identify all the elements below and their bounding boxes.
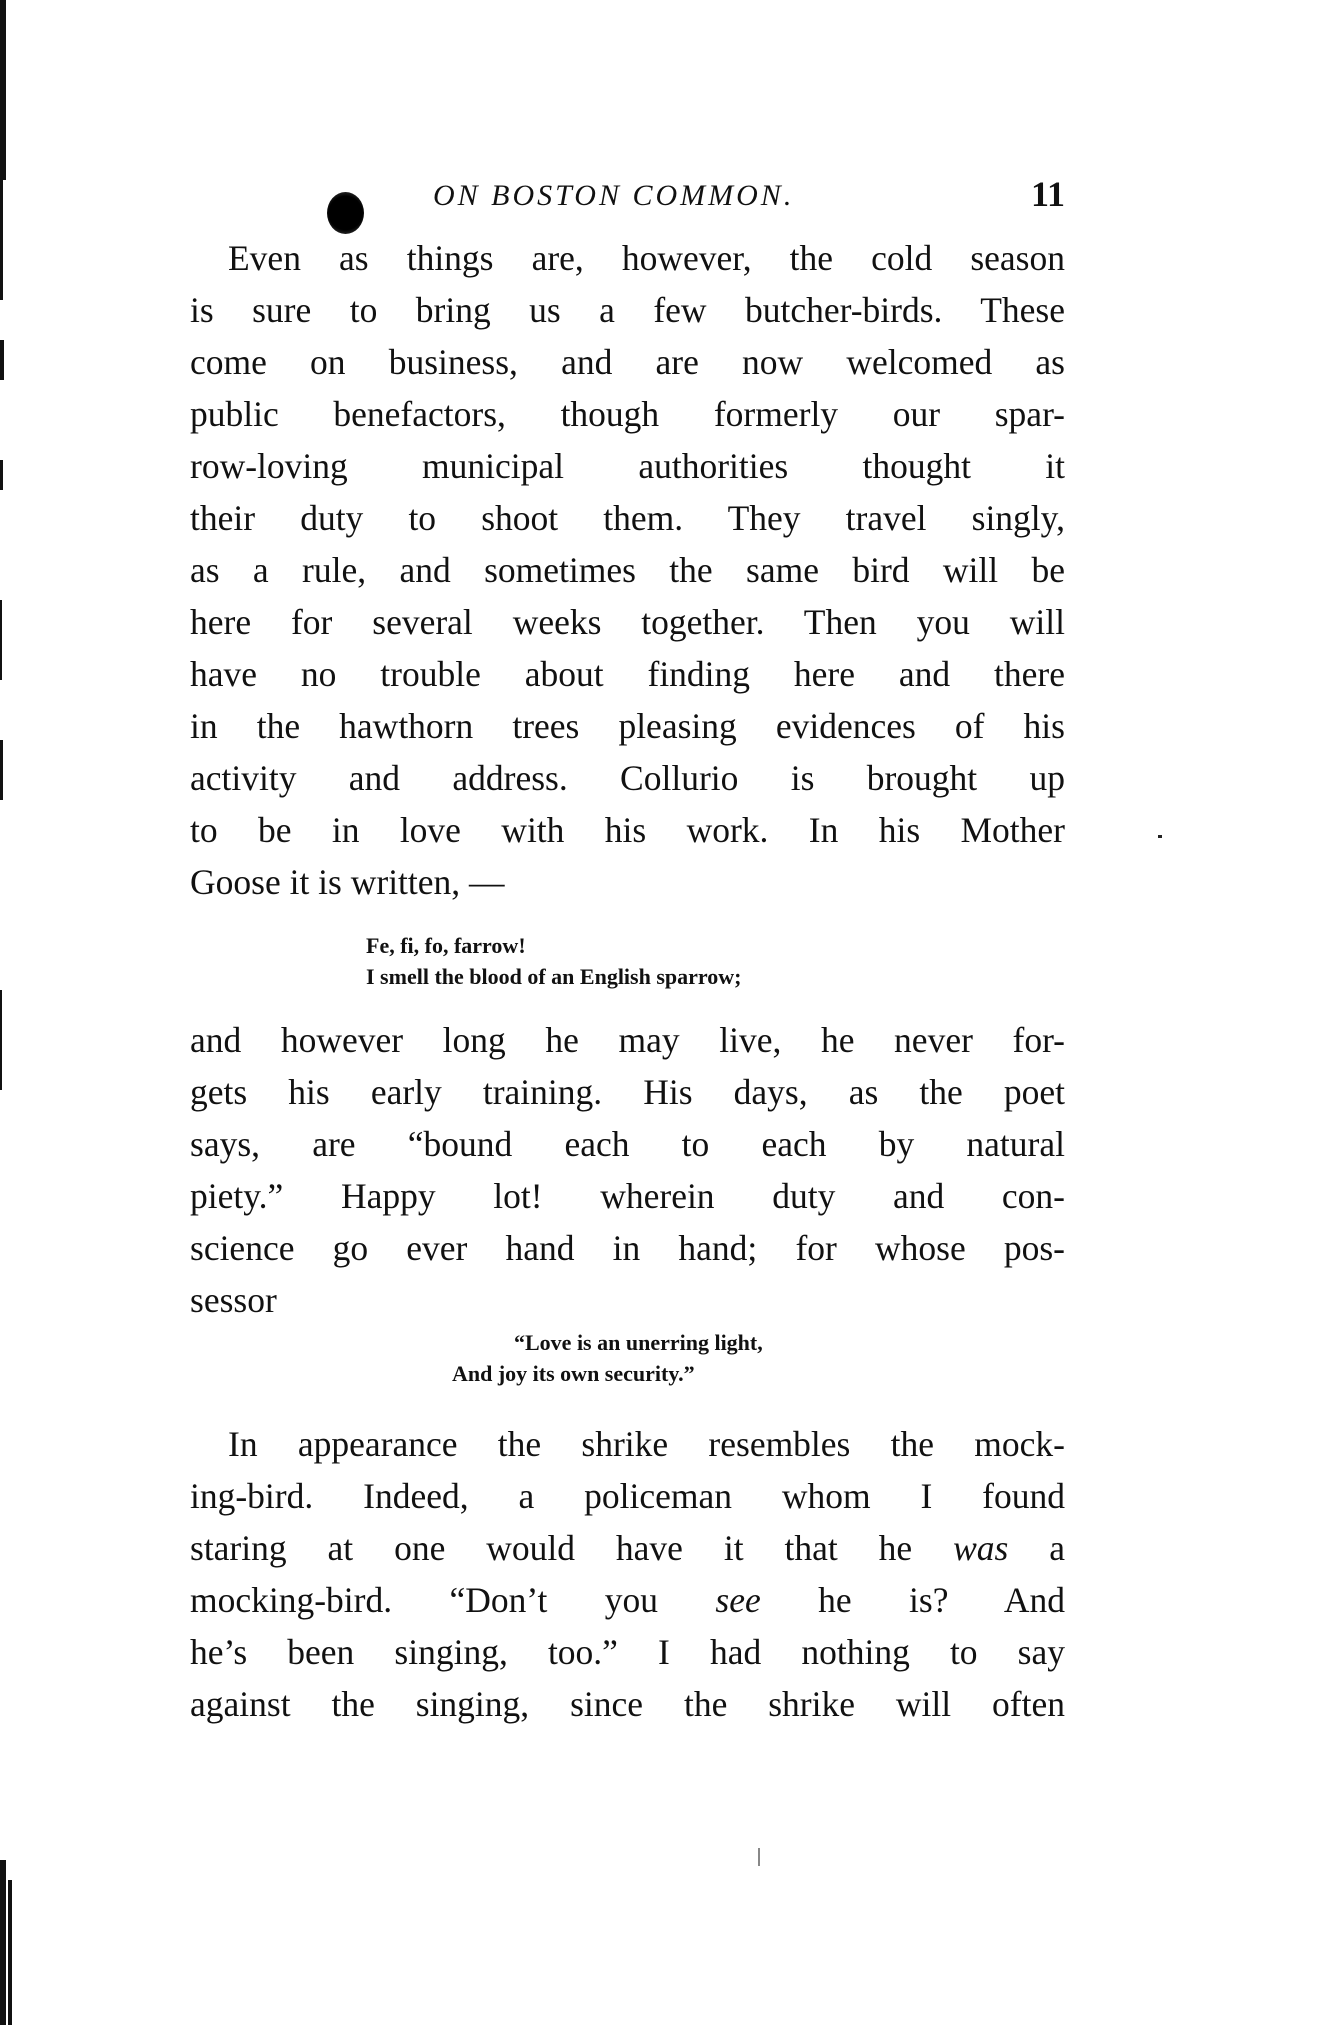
text-line: In appearance the shrike resembles the m… — [190, 1418, 1065, 1470]
text-line: sessor — [190, 1274, 1065, 1326]
paragraph-1: Even as things are, however, the cold se… — [190, 232, 1065, 908]
italic-word: was — [953, 1528, 1008, 1568]
text-line: row-loving municipal authorities thought… — [190, 440, 1065, 492]
text-line: he’s been singing, too.” I had nothing t… — [190, 1626, 1065, 1678]
text-run: staring at one would have it that he — [190, 1528, 953, 1568]
verse-line: I smell the blood of an English sparrow; — [366, 961, 741, 992]
text-line: piety.” Happy lot! wherein duty and con- — [190, 1170, 1065, 1222]
verse-nursery-rhyme: Fe, fi, fo, farrow! I smell the blood of… — [366, 930, 741, 992]
text-line: is sure to bring us a few butcher-birds.… — [190, 284, 1065, 336]
text-line: public benefactors, though formerly our … — [190, 388, 1065, 440]
verse-line: And joy its own security.” — [452, 1358, 763, 1389]
text-line: Even as things are, however, the cold se… — [190, 232, 1065, 284]
text-line: and however long he may live, he never f… — [190, 1014, 1065, 1066]
text-line: Goose it is written, — — [190, 856, 1065, 908]
paragraph-3: In appearance the shrike resembles the m… — [190, 1418, 1065, 1730]
text-line: have no trouble about finding here and t… — [190, 648, 1065, 700]
text-line: staring at one would have it that he was… — [190, 1522, 1065, 1574]
text-run: mocking-bird. “Don’t you — [190, 1580, 715, 1620]
text-line: mocking-bird. “Don’t you see he is? And — [190, 1574, 1065, 1626]
text-line: to be in love with his work. In his Moth… — [190, 804, 1065, 856]
text-line: says, are “bound each to each by natural — [190, 1118, 1065, 1170]
scan-speck — [1158, 835, 1162, 838]
verse-line: Fe, fi, fo, farrow! — [366, 930, 741, 961]
paragraph-2: and however long he may live, he never f… — [190, 1014, 1065, 1326]
text-line: gets his early training. His days, as th… — [190, 1066, 1065, 1118]
text-line: their duty to shoot them. They travel si… — [190, 492, 1065, 544]
page-header: ON BOSTON COMMON. 11 — [190, 172, 1065, 220]
text-line: come on business, and are now welcomed a… — [190, 336, 1065, 388]
text-line: as a rule, and sometimes the same bird w… — [190, 544, 1065, 596]
text-line: ing-bird. Indeed, a policeman whom I fou… — [190, 1470, 1065, 1522]
scan-edge-artifact — [0, 0, 6, 2025]
text-line: activity and address. Collurio is brough… — [190, 752, 1065, 804]
verse-quotation: “Love is an unerring light, And joy its … — [452, 1327, 763, 1389]
running-head: ON BOSTON COMMON. — [433, 172, 794, 220]
text-line: science go ever hand in hand; for whose … — [190, 1222, 1065, 1274]
scan-speck — [758, 1848, 760, 1866]
verse-line: “Love is an unerring light, — [452, 1327, 763, 1358]
text-run: he is? And — [761, 1580, 1065, 1620]
italic-word: see — [715, 1580, 760, 1620]
page-number: 11 — [1031, 170, 1065, 218]
text-line: against the singing, since the shrike wi… — [190, 1678, 1065, 1730]
text-line: here for several weeks together. Then yo… — [190, 596, 1065, 648]
text-run: a — [1008, 1528, 1065, 1568]
text-line: in the hawthorn trees pleasing evidences… — [190, 700, 1065, 752]
